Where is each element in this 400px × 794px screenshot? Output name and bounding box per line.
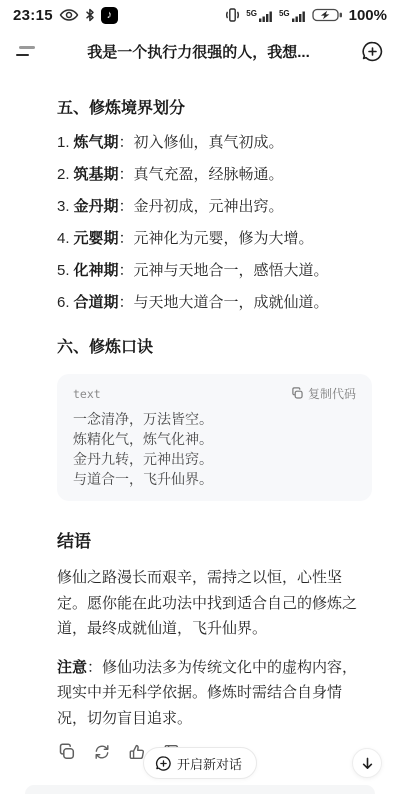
message-input-box[interactable] [25, 785, 375, 794]
battery-charging-icon [312, 8, 343, 22]
realm-list: 1.炼气期：初入修仙，真气初成。 2.筑基期：真气充盈，经脉畅通。 3.金丹期：… [57, 133, 370, 312]
code-block: text 复制代码 一念清净，万法皆空。 炼精化气，炼气化神。 金丹九转，元神出… [57, 374, 372, 501]
code-content: 一念清净，万法皆空。 炼精化气，炼气化神。 金丹九转，元神出窍。 与道合一，飞升… [73, 409, 356, 489]
section-heading-conclusion: 结语 [57, 527, 370, 552]
conversation-title: 我是一个执行力很强的人，我想... [36, 41, 361, 62]
arrow-down-icon [360, 756, 375, 771]
douyin-icon: ♪ [101, 7, 118, 24]
section-heading-realms: 五、修炼境界划分 [57, 95, 370, 118]
clock: 23:15 [13, 7, 53, 24]
new-chat-label: 开启新对话 [177, 754, 242, 773]
list-item: 3.金丹期：金丹初成，元神出窍。 [57, 197, 370, 216]
copy-icon [291, 387, 304, 400]
note-label: 注意 [57, 659, 87, 676]
list-item: 5.化神期：元神与天地合一，感悟大道。 [57, 261, 370, 280]
new-chat-bubble-icon [155, 755, 172, 772]
signal-sim2-icon: 5G [279, 9, 306, 22]
list-item: 4.元婴期：元神化为元婴，修为大增。 [57, 229, 370, 248]
list-item: 2.筑基期：真气充盈，经脉畅通。 [57, 165, 370, 184]
list-item: 1.炼气期：初入修仙，真气初成。 [57, 133, 370, 152]
vibrate-mode-icon [225, 7, 240, 23]
note-paragraph: 注意：修仙功法多为传统文化中的虚构内容，现实中并无科学依据。修炼时需结合自身情况… [57, 655, 370, 732]
list-item: 6.合道期：与天地大道合一，成就仙道。 [57, 293, 370, 312]
section-heading-mantra: 六、修炼口诀 [57, 334, 370, 357]
copy-code-button[interactable]: 复制代码 [291, 385, 356, 402]
bottom-controls: 开启新对话 [0, 747, 400, 779]
eye-protection-icon [59, 8, 79, 22]
sidebar-toggle-icon[interactable] [16, 46, 36, 55]
conclusion-paragraph: 修仙之路漫长而艰辛，需持之以恒，心性坚定。愿你能在此功法中找到适合自己的修炼之道… [57, 565, 370, 642]
scroll-to-bottom-button[interactable] [352, 748, 382, 778]
new-chat-button[interactable]: 开启新对话 [143, 747, 257, 779]
code-language-label: text [73, 387, 101, 401]
chat-header: 我是一个执行力很强的人，我想... [0, 30, 400, 72]
bluetooth-icon [85, 8, 95, 22]
status-bar: 23:15 ♪ 5G [0, 0, 400, 30]
assistant-message: 五、修炼境界划分 1.炼气期：初入修仙，真气初成。 2.筑基期：真气充盈，经脉畅… [0, 95, 400, 762]
new-chat-icon[interactable] [361, 40, 384, 63]
battery-percent: 100% [349, 7, 387, 24]
signal-sim1-icon: 5G [246, 9, 273, 22]
